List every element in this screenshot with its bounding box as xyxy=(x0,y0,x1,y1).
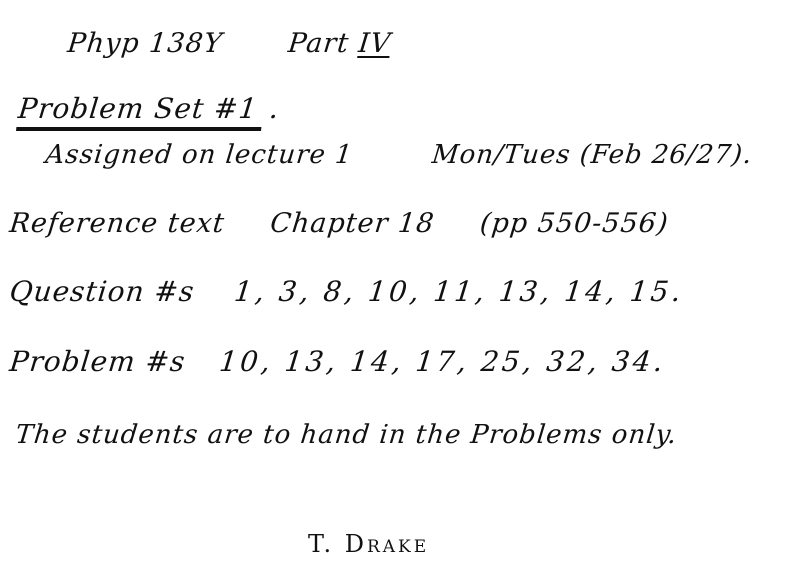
course-header: Phyp 138Y Part IV xyxy=(66,28,392,59)
problems-numbers: 10, 13, 14, 17, 25, 32, 34. xyxy=(218,345,668,378)
problems-label: Problem #s xyxy=(8,345,187,378)
questions-label: Question #s xyxy=(8,275,196,308)
reference-label: Reference text xyxy=(8,208,226,239)
course-code: Phyp 138Y xyxy=(66,28,224,59)
reference-line: Reference text Chapter 18 (pp 550-556) xyxy=(8,208,670,239)
problems-line: Problem #s 10, 13, 14, 17, 25, 32, 34. xyxy=(8,345,667,378)
questions-numbers: 1, 3, 8, 10, 11, 13, 14, 15. xyxy=(233,275,686,308)
part-number: IV xyxy=(357,28,392,59)
reference-pages: (pp 550-556) xyxy=(478,208,670,239)
problem-set-title: Problem Set #1. xyxy=(16,92,281,131)
signature: T. Drake xyxy=(308,530,429,558)
handwritten-page: Phyp 138Y Part IV Problem Set #1. Assign… xyxy=(0,0,785,581)
reference-chapter: Chapter 18 xyxy=(269,208,436,239)
title-text: Problem Set #1 xyxy=(16,92,265,131)
assigned-text: Assigned on lecture 1 xyxy=(44,140,354,170)
assigned-line: Assigned on lecture 1 Mon/Tues (Feb 26/2… xyxy=(44,140,754,170)
hand-in-note: The students are to hand in the Problems… xyxy=(14,420,679,450)
assigned-dates: Mon/Tues (Feb 26/27). xyxy=(430,140,753,170)
part-label: Part xyxy=(287,28,351,59)
title-period: . xyxy=(268,92,281,125)
questions-line: Question #s 1, 3, 8, 10, 11, 13, 14, 15. xyxy=(8,275,685,308)
